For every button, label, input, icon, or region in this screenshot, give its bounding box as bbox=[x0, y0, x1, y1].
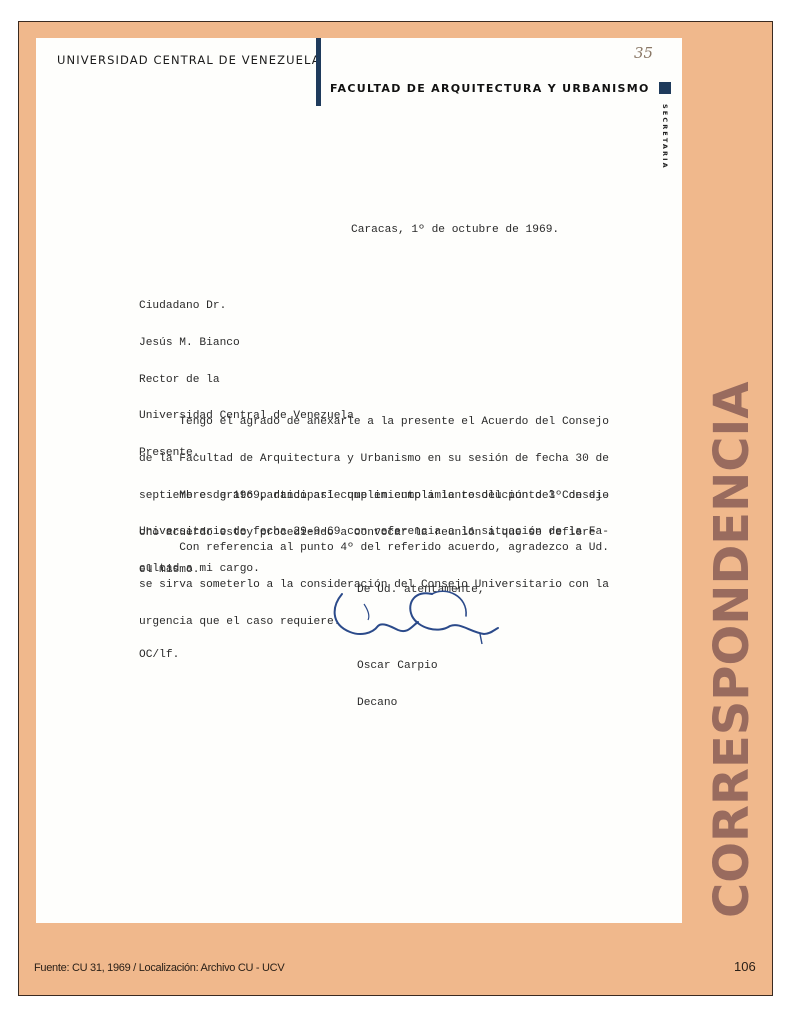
letterhead-divider-bar bbox=[316, 38, 321, 106]
department-label: SECRETARIA bbox=[661, 104, 669, 170]
letterhead-square-mark bbox=[659, 82, 671, 94]
recipient-line: Jesús M. Bianco bbox=[139, 337, 354, 349]
section-title: CORRESPONDENCIA bbox=[708, 381, 756, 918]
text-line: Tengo el agrado de anexarle a la present… bbox=[139, 416, 609, 428]
scanned-letter: UNIVERSIDAD CENTRAL DE VENEZUELA 35 FACU… bbox=[36, 38, 682, 923]
handwritten-folio-number: 35 bbox=[634, 44, 653, 62]
page-number: 106 bbox=[734, 959, 756, 974]
text-line: Con referencia al punto 4º del referido … bbox=[139, 542, 609, 554]
university-name: UNIVERSIDAD CENTRAL DE VENEZUELA bbox=[57, 53, 321, 67]
text-line: Me es grato participarle que en cumplimi… bbox=[139, 490, 609, 502]
faculty-name: FACULTAD DE ARQUITECTURA Y URBANISMO bbox=[330, 82, 650, 95]
signer-title: Decano bbox=[357, 697, 438, 709]
signer-name: Oscar Carpio bbox=[357, 660, 438, 672]
letter-date: Caracas, 1º de octubre de 1969. bbox=[351, 224, 559, 236]
footer-source: Fuente: CU 31, 1969 / Localización: Arch… bbox=[34, 962, 284, 974]
reference-initials: OC/lf. bbox=[139, 649, 179, 661]
recipient-line: Ciudadano Dr. bbox=[139, 300, 354, 312]
text-line: de la Facultad de Arquitectura y Urbanis… bbox=[139, 453, 609, 465]
recipient-line: Rector de la bbox=[139, 374, 354, 386]
signer-block: Oscar Carpio Decano bbox=[357, 636, 438, 734]
